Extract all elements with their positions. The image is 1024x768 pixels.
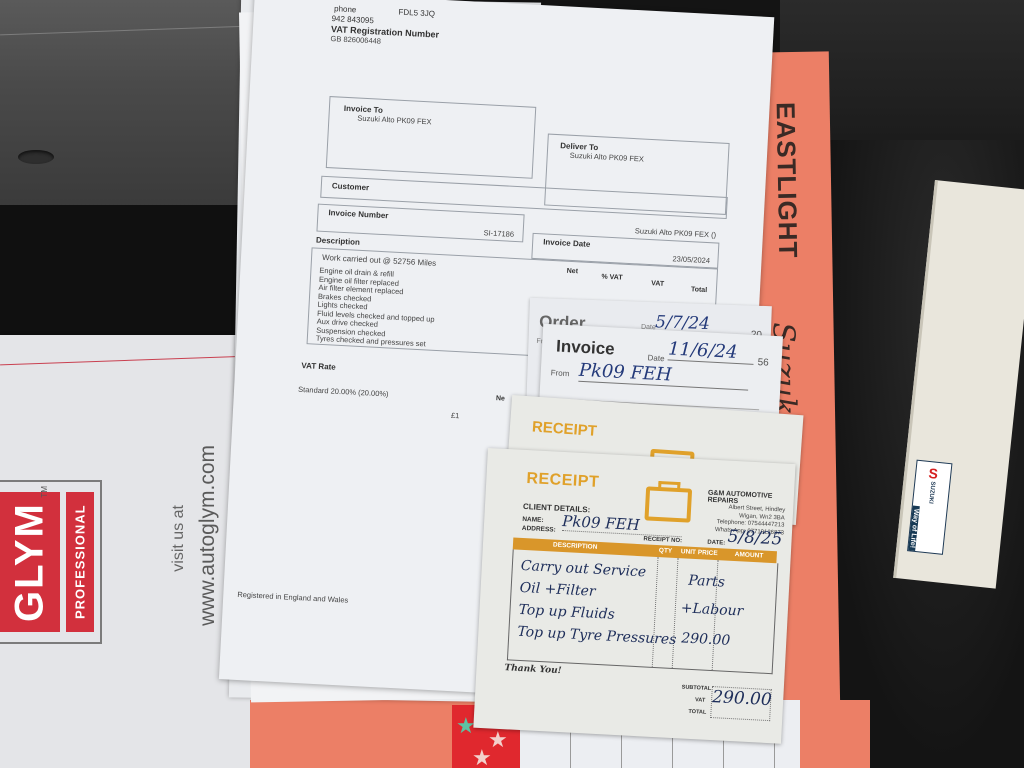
col-vat: VAT xyxy=(651,280,664,288)
invoice-slip-title: Invoice xyxy=(556,337,616,360)
deliver-to-value: Suzuki Alto PK09 FEX xyxy=(570,151,645,164)
vat-rate-label: VAT Rate xyxy=(301,361,336,372)
column-divider xyxy=(652,557,659,667)
col-vat-pct: % VAT xyxy=(601,274,622,282)
postcode-fragment: FDL5 3JQ xyxy=(398,8,435,19)
net-fragment: Ne xyxy=(496,395,505,402)
phone-label-fragment: phone xyxy=(334,4,357,14)
col-qty: QTY xyxy=(659,547,673,555)
seat-socket xyxy=(18,150,54,164)
invoice-to-box: Invoice To Suzuki Alto PK09 FEX xyxy=(326,96,536,179)
work-items-list: Engine oil drain & refill Engine oil fil… xyxy=(316,267,437,350)
invoice-slip-number-fragment: 56 xyxy=(757,357,769,369)
date-label: DATE: xyxy=(707,540,725,547)
total-value: 290.00 xyxy=(710,686,772,721)
date-value: 5/8/25 xyxy=(727,527,783,550)
receipt-no-label: RECEIPT NO: xyxy=(643,536,682,544)
amount-fragment: £1 xyxy=(451,411,460,420)
customer-value: Suzuki Alto PK09 FEX () xyxy=(635,226,717,239)
invoice-date-value: 23/05/2024 xyxy=(672,254,710,265)
invoice-date-label: Invoice Date xyxy=(543,237,591,248)
car-seat-headrest xyxy=(0,0,260,210)
amount-note: 290.00 xyxy=(681,630,731,649)
star-icon: ★ xyxy=(472,745,492,768)
amount-note: +Labour xyxy=(680,600,743,619)
invoice-slip-from-value: Pk09 FEH xyxy=(578,360,749,391)
col-unit-price: UNIT PRICE xyxy=(681,548,718,557)
receipt-line-item: Carry out Service xyxy=(520,558,646,581)
website-link: www.autoglym.com xyxy=(196,445,220,626)
suzuki-badge: S SUZUKI Way of Life! xyxy=(907,460,952,555)
name-label: NAME: xyxy=(522,516,544,524)
address-label: ADDRESS: xyxy=(522,525,556,534)
thank-you-text: Thank You! xyxy=(504,663,562,676)
vat-label: VAT xyxy=(695,697,705,704)
receipt-front: RECEIPT G&M AUTOMOTIVE REPAIRS Albert St… xyxy=(473,448,795,744)
invoice-number-value: SI-17186 xyxy=(483,228,514,239)
registered-footer: Registered in England and Wales xyxy=(237,590,348,605)
vat-reg-number: GB 826006448 xyxy=(330,34,381,46)
col-description: DESCRIPTION xyxy=(553,542,598,551)
logo-tagline: PROFESSIONAL xyxy=(66,492,94,632)
receipt-table: Carry out Service Oil +Filter Top up Flu… xyxy=(507,549,778,674)
vat-rate-value: Standard 20.00% (20.00%) xyxy=(298,385,389,399)
suzuki-slogan: Way of Life! xyxy=(908,505,920,550)
amount-note: Parts xyxy=(688,573,725,591)
invoice-slip-date-label: Date xyxy=(647,353,664,363)
invoice-to-value: Suzuki Alto PK09 FEX xyxy=(357,114,432,127)
suzuki-brand: SUZUKI xyxy=(927,481,935,504)
autoglym-leaflet: GLYM TM PROFESSIONAL visit us at www.aut… xyxy=(0,335,255,768)
col-net: Net xyxy=(567,268,579,276)
folder-brand: EASTLIGHT xyxy=(770,102,804,259)
column-divider xyxy=(672,558,679,668)
autoglym-logo: GLYM TM PROFESSIONAL xyxy=(0,480,102,644)
seat-fabric xyxy=(0,205,260,355)
visit-text: visit us at xyxy=(170,505,188,572)
receipt-line-item: Top up Fluids xyxy=(518,602,615,623)
subtotal-label: SUBTOTAL xyxy=(682,684,712,692)
col-total: Total xyxy=(691,286,708,294)
logo-wordmark: GLYM xyxy=(0,492,60,632)
invoice-number-label: Invoice Number xyxy=(328,208,388,220)
work-heading: Work carried out @ 52756 Miles xyxy=(322,253,437,268)
receipt-back-title: RECEIPT xyxy=(531,418,597,439)
customer-label: Customer xyxy=(332,181,370,192)
total-label: TOTAL xyxy=(688,709,706,716)
decorative-line xyxy=(0,356,250,366)
receipt-line-item: Oil +Filter xyxy=(519,580,596,600)
description-label: Description xyxy=(316,236,360,247)
trademark-mark: TM xyxy=(40,486,49,498)
invoice-slip-from-label: From xyxy=(551,368,570,378)
receipt-title: RECEIPT xyxy=(526,470,600,492)
col-amount: AMOUNT xyxy=(735,551,764,559)
suzuki-logo-icon: S xyxy=(928,465,939,482)
invoice-slip-date-value: 11/6/24 xyxy=(668,338,755,364)
